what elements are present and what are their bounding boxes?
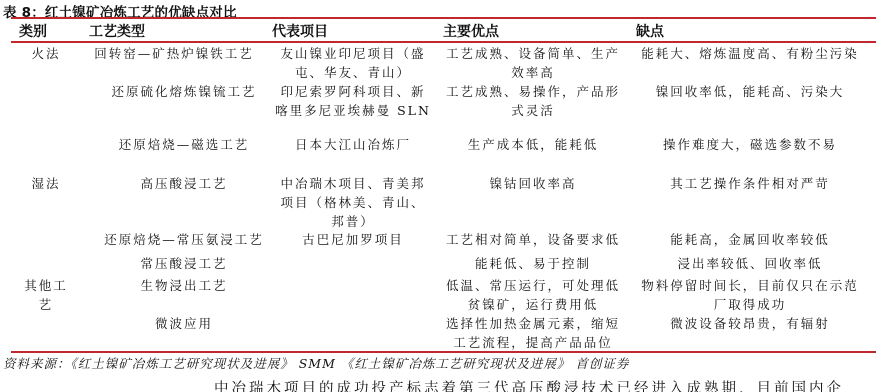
cell-process: 微波应用 [84, 314, 284, 333]
cell-disadvantages: 镍回收率低，能耗高、污染大 [630, 82, 870, 101]
header-advantages: 主要优点 [443, 21, 499, 41]
cell-category: 火法 [16, 44, 76, 63]
cell-advantages: 工艺相对简单，设备要求低 [440, 230, 626, 249]
cell-category: 湿法 [16, 174, 76, 193]
source-note: 资料来源：《红土镍矿冶炼工艺研究现状及进展》 SMM 《红土镍矿冶炼工艺研究现状… [3, 354, 629, 372]
cell-disadvantages: 能耗大、熔炼温度高、有粉尘污染 [630, 44, 870, 63]
cell-process: 还原硫化熔炼镍锍工艺 [84, 82, 284, 101]
cell-disadvantages: 物料停留时间长，目前仅只在示范 厂取得成功 [630, 276, 870, 314]
cell-project: 日本大江山冶炼厂 [268, 135, 438, 154]
cell-project: 印尼索罗阿科项目、新 喀里多尼亚埃赫曼 SLN [268, 82, 438, 120]
cell-advantages: 镍钴回收率高 [440, 174, 626, 193]
cell-advantages: 选择性加热金属元素，缩短 工艺流程，提高产品品位 [440, 314, 626, 352]
bottom-rule [11, 351, 876, 353]
cell-disadvantages: 操作难度大，磁选参数不易 [630, 135, 870, 154]
body-paragraph: 中冶瑞木项目的成功投产标志着第三代高压酸浸技术已经进入成熟期，目前国内企 [214, 377, 844, 392]
cell-disadvantages: 微波设备较昂贵，有辐射 [630, 314, 870, 333]
cell-process: 生物浸出工艺 [84, 276, 284, 295]
cell-process: 常压酸浸工艺 [84, 254, 284, 273]
cell-advantages: 工艺成熟、设备简单、生产 效率高 [440, 44, 626, 82]
cell-process: 高压酸浸工艺 [84, 174, 284, 193]
header-process: 工艺类型 [89, 21, 145, 41]
header-disadvantages: 缺点 [636, 21, 664, 41]
cell-project: 中冶瑞木项目、青美邦 项目（格林美、青山、 邦普） [268, 174, 438, 231]
cell-advantages: 低温、常压运行，可处理低 贫镍矿，运行费用低 [440, 276, 626, 314]
cell-project: 古巴尼加罗项目 [268, 230, 438, 249]
header-rule [11, 41, 876, 43]
cell-advantages: 能耗低、易于控制 [440, 254, 626, 273]
cell-disadvantages: 其工艺操作条件相对严苛 [630, 174, 870, 193]
cell-project: 友山镍业印尼项目（盛 屯、华友、青山） [268, 44, 438, 82]
header-project: 代表项目 [272, 21, 328, 41]
cell-disadvantages: 能耗高，金属回收率较低 [630, 230, 870, 249]
cell-process: 还原焙烧—常压氨浸工艺 [84, 230, 284, 249]
top-rule [11, 17, 876, 19]
cell-advantages: 生产成本低，能耗低 [440, 135, 626, 154]
cell-process: 回转窑—矿热炉镍铁工艺 [84, 44, 264, 63]
cell-category: 其他工 艺 [16, 276, 76, 314]
cell-disadvantages: 浸出率较低、回收率低 [630, 254, 870, 273]
header-category: 类别 [19, 21, 47, 41]
cell-advantages: 工艺成熟、易操作，产品形 式灵活 [440, 82, 626, 120]
cell-process: 还原焙烧—磁选工艺 [84, 135, 284, 154]
